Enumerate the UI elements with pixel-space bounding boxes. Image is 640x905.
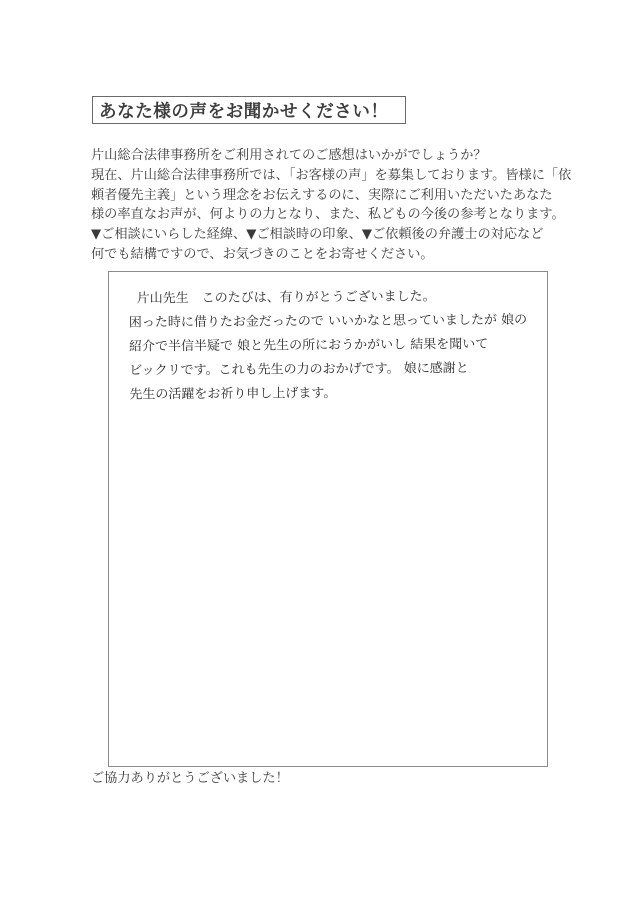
handwritten-line: 紹介で半信半疑で 娘と先生の所におうかがいし 結果を聞いて (129, 333, 544, 360)
page-title-box: あなた様の声をお聞かせください！ (92, 96, 406, 124)
intro-line: ▼ご相談にいらした経緯、▼ご相談時の印象、▼ご依頼後の弁護士の対応など (91, 225, 561, 245)
intro-line: 頼者優先主義」という理念をお伝えするのに、実際にご利用いただいたあなた (91, 186, 561, 206)
handwritten-line: 片山先生 このたびは、有りがとうございました。 (137, 285, 544, 312)
page-title: あなた様の声をお聞かせください！ (99, 98, 389, 123)
intro-text: 片山総合法律事務所をご利用されてのご感想はいかがでしょうか？ 現在、片山総合法律… (91, 146, 561, 265)
handwritten-line: 先生の活躍をお祈り申し上げます。 (129, 381, 544, 408)
answer-box: 片山先生 このたびは、有りがとうございました。 困った時に借りたお金だったので … (108, 271, 548, 767)
thanks-message: ご協力ありがとうございました！ (91, 767, 289, 786)
intro-line: 何でも結構ですので、お気づきのことをお寄せください。 (91, 245, 561, 265)
handwritten-answer: 片山先生 このたびは、有りがとうございました。 困った時に借りたお金だったので … (129, 285, 545, 408)
handwritten-line: ビックリです。これも先生の力のおかげです。 娘に感謝と (129, 357, 544, 384)
intro-line: 片山総合法律事務所をご利用されてのご感想はいかがでしょうか？ (91, 146, 561, 166)
intro-line: 現在、片山総合法律事務所では、「お客様の声」を募集しております。皆様に「依 (91, 166, 561, 186)
handwritten-line: 困った時に借りたお金だったので いいかなと思っていましたが 娘の (129, 309, 544, 336)
intro-line: 様の率直なお声が、何よりの力となり、また、私どもの今後の参考となります。 (91, 205, 561, 225)
